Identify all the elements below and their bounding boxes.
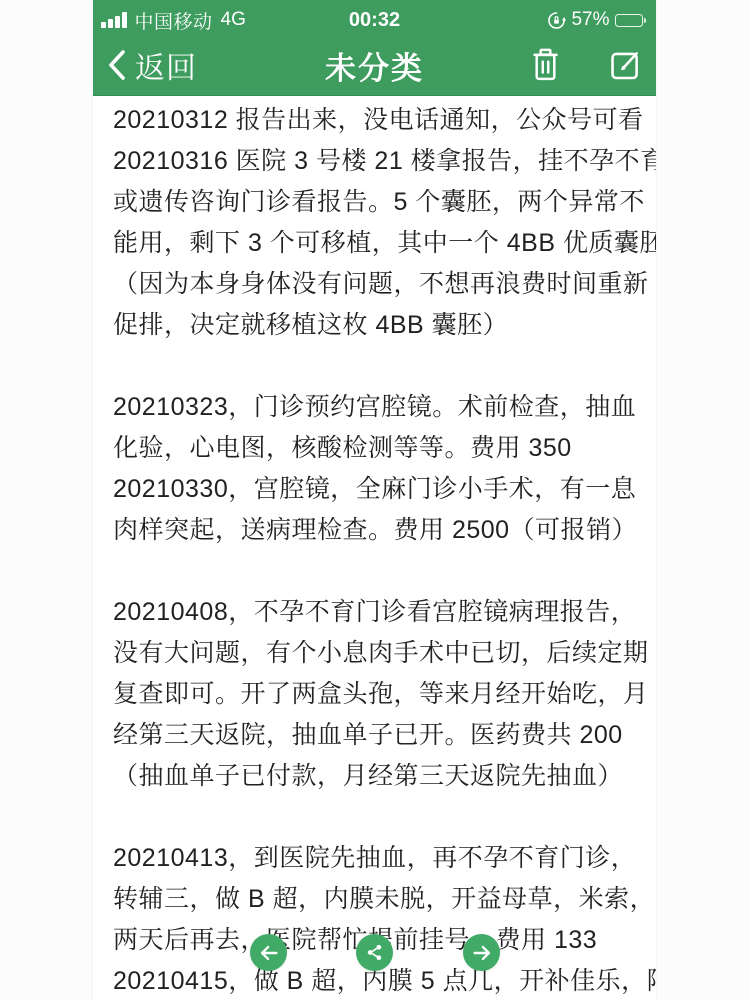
note-paragraph: 20210312 报告出来，没电话通知，公众号可看 20210316 医院 3 …: [113, 100, 642, 346]
next-note-button[interactable]: [463, 934, 500, 971]
nav-actions: [529, 47, 642, 83]
arrow-right-icon: [471, 942, 493, 964]
trash-icon: [529, 47, 562, 83]
battery-percent-label: 57%: [571, 9, 609, 31]
back-button-label: 返回: [135, 43, 197, 87]
carrier-label: 中国移动: [135, 7, 213, 34]
delete-note-button[interactable]: [529, 47, 562, 83]
orientation-lock-icon: [547, 11, 566, 30]
signal-strength-icon: [101, 12, 127, 28]
status-bar: 中国移动 4G 00:32 57%: [93, 6, 656, 34]
note-paragraph: 20210413，到医院先抽血，再不孕不育门诊， 转辅三，做 B 超，内膜未脱，…: [113, 838, 642, 1000]
arrow-left-icon: [258, 942, 280, 964]
status-left: 中国移动 4G: [101, 7, 246, 34]
share-note-button[interactable]: [356, 934, 393, 971]
edit-note-button[interactable]: [608, 48, 642, 82]
app-screen: { "status_bar": { "carrier": "中国移动", "ne…: [0, 0, 750, 1000]
note-paragraph: 20210408，不孕不育门诊看宫腔镜病理报告， 没有大问题，有个小息肉手术中已…: [113, 592, 642, 797]
header: 中国移动 4G 00:32 57%: [93, 0, 656, 96]
note-content[interactable]: 20210312 报告出来，没电话通知，公众号可看 20210316 医院 3 …: [93, 96, 656, 1000]
chevron-left-icon: [107, 49, 127, 81]
nav-bar: 返回 未分类: [93, 34, 656, 96]
note-paragraph: 20210323，门诊预约宫腔镜。术前检查，抽血 化验，心电图，核酸检测等等。费…: [113, 387, 642, 551]
compose-pencil-icon: [608, 48, 642, 82]
battery-icon: [615, 14, 647, 27]
network-type-label: 4G: [221, 9, 246, 31]
back-button[interactable]: 返回: [107, 43, 197, 87]
share-nodes-icon: [364, 942, 385, 963]
phone-screenshot: 中国移动 4G 00:32 57%: [93, 0, 656, 1000]
previous-note-button[interactable]: [250, 934, 287, 971]
status-right: 57%: [547, 9, 646, 31]
